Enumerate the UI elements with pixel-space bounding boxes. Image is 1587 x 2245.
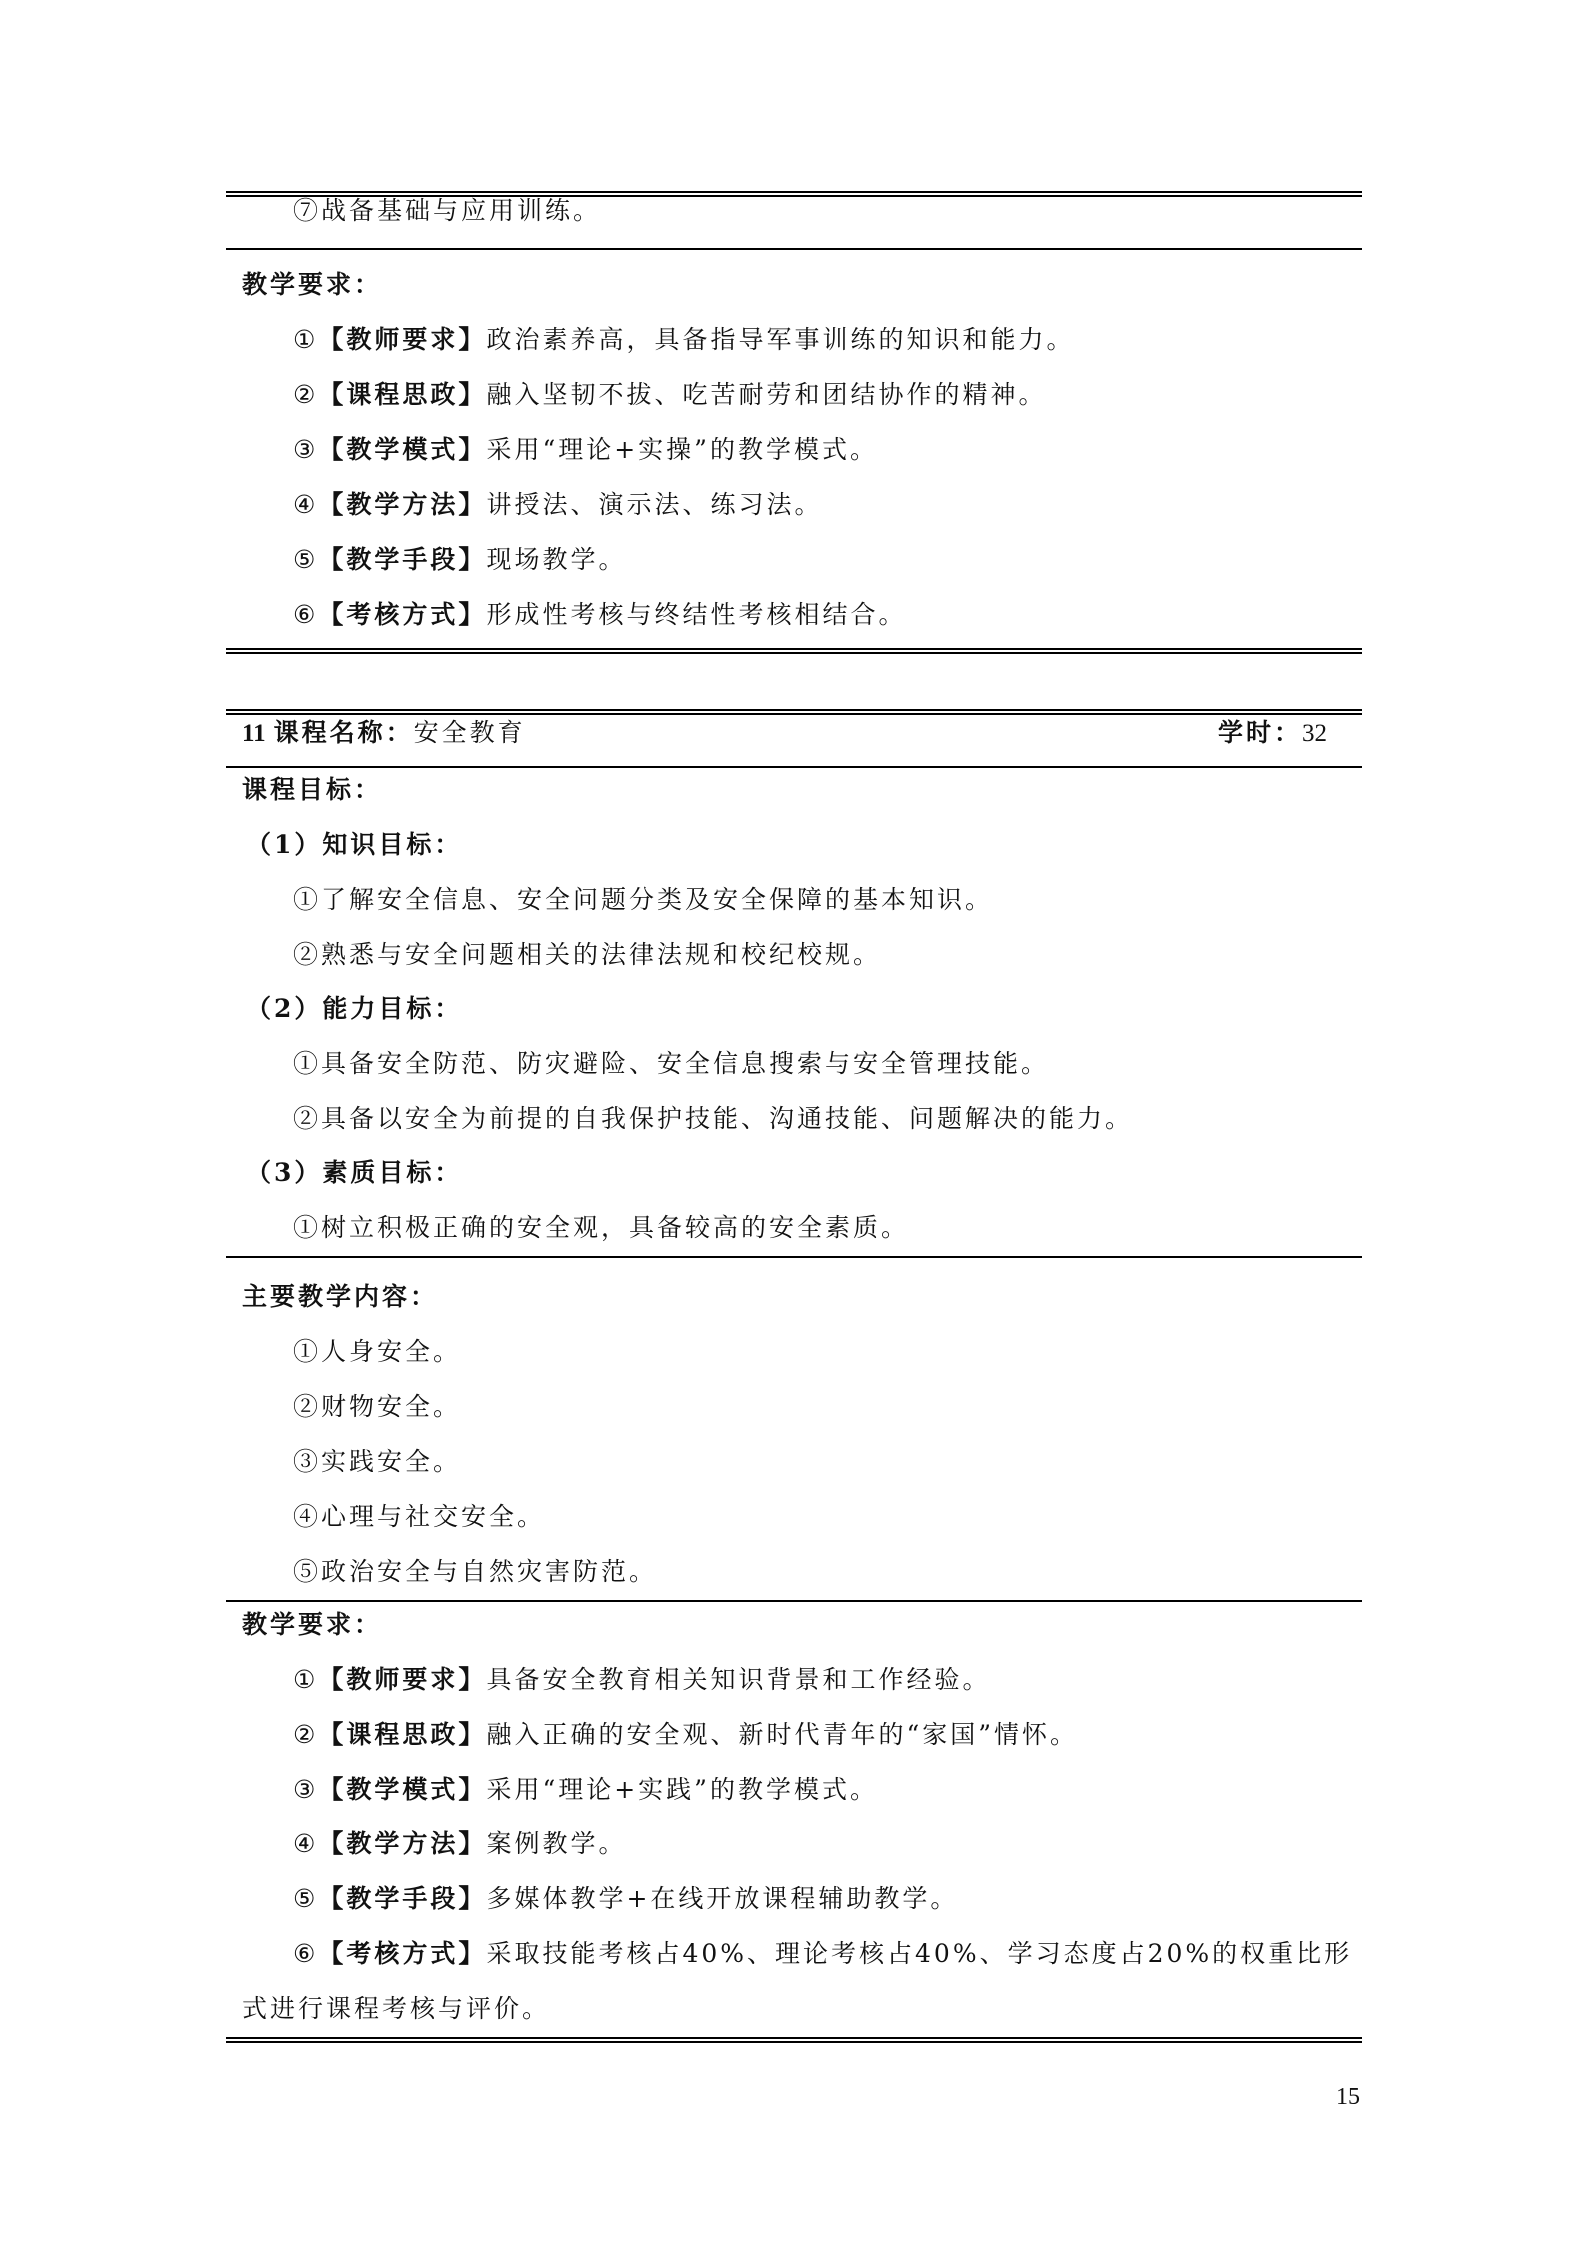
course-hours-value: 32 bbox=[1302, 720, 1327, 747]
requirement-item: ⑤【教学手段】多媒体教学+在线开放课程辅助教学。 bbox=[293, 1884, 958, 1914]
objective-item: ①具备安全防范、防灾避险、安全信息搜索与安全管理技能。 bbox=[293, 1049, 1049, 1079]
single-rule bbox=[226, 1256, 1362, 1258]
content-item: ②财物安全。 bbox=[293, 1392, 461, 1422]
section-heading-content: 主要教学内容： bbox=[242, 1282, 438, 1312]
requirement-item-continuation: 式进行课程考核与评价。 bbox=[242, 1994, 550, 2024]
course-name-label: 课程名称： bbox=[274, 718, 414, 747]
single-rule bbox=[226, 248, 1362, 250]
double-rule bbox=[226, 2037, 1362, 2043]
requirement-item: ⑥【考核方式】采取技能考核占40%、理论考核占40%、学习态度占20%的权重比形 bbox=[293, 1939, 1352, 1969]
course-hours: 学时：32 bbox=[1218, 717, 1327, 750]
single-rule bbox=[226, 766, 1362, 768]
content-item: ①人身安全。 bbox=[293, 1337, 461, 1367]
course-number: 11 bbox=[242, 720, 266, 747]
section-heading-requirements: 教学要求： bbox=[242, 1610, 382, 1640]
course-name: 安全教育 bbox=[414, 718, 526, 747]
section-heading-requirements: 教学要求： bbox=[242, 270, 382, 300]
requirement-item: ⑥【考核方式】形成性考核与终结性考核相结合。 bbox=[293, 600, 906, 630]
objective-item: ①树立积极正确的安全观，具备较高的安全素质。 bbox=[293, 1213, 909, 1243]
objective-group-heading: （3）素质目标： bbox=[246, 1158, 462, 1188]
content-item: ③实践安全。 bbox=[293, 1447, 461, 1477]
requirement-item: ①【教师要求】政治素养高，具备指导军事训练的知识和能力。 bbox=[293, 325, 1074, 355]
objective-group-heading: （2）能力目标： bbox=[246, 994, 462, 1024]
requirement-item: ③【教学模式】采用“理论+实操”的教学模式。 bbox=[293, 435, 878, 465]
course-title: 11课程名称：安全教育 bbox=[242, 717, 526, 750]
requirement-item: ③【教学模式】采用“理论+实践”的教学模式。 bbox=[293, 1775, 878, 1805]
requirement-item: ⑤【教学手段】现场教学。 bbox=[293, 545, 626, 575]
objective-item: ②具备以安全为前提的自我保护技能、沟通技能、问题解决的能力。 bbox=[293, 1104, 1133, 1134]
requirement-item: ④【教学方法】案例教学。 bbox=[293, 1829, 626, 1859]
double-rule bbox=[226, 709, 1362, 715]
single-rule bbox=[226, 1600, 1362, 1602]
content-item: ④心理与社交安全。 bbox=[293, 1502, 545, 1532]
document-page: ⑦战备基础与应用训练。 教学要求： ①【教师要求】政治素养高，具备指导军事训练的… bbox=[0, 0, 1587, 2245]
double-rule bbox=[226, 648, 1362, 654]
course-hours-label: 学时： bbox=[1218, 718, 1302, 747]
requirement-item: ④【教学方法】讲授法、演示法、练习法。 bbox=[293, 490, 822, 520]
objective-group-heading: （1）知识目标： bbox=[246, 830, 462, 860]
content-item: ⑤政治安全与自然灾害防范。 bbox=[293, 1557, 657, 1587]
requirement-item: ②【课程思政】融入坚韧不拔、吃苦耐劳和团结协作的精神。 bbox=[293, 380, 1046, 410]
objective-item: ②熟悉与安全问题相关的法律法规和校纪校规。 bbox=[293, 940, 881, 970]
content-item: ⑦战备基础与应用训练。 bbox=[293, 196, 601, 226]
requirement-item: ②【课程思政】融入正确的安全观、新时代青年的“家国”情怀。 bbox=[293, 1720, 1078, 1750]
section-heading-objectives: 课程目标： bbox=[242, 775, 382, 805]
requirement-item: ①【教师要求】具备安全教育相关知识背景和工作经验。 bbox=[293, 1665, 990, 1695]
objective-item: ①了解安全信息、安全问题分类及安全保障的基本知识。 bbox=[293, 885, 993, 915]
page-number: 15 bbox=[1336, 2083, 1360, 2111]
